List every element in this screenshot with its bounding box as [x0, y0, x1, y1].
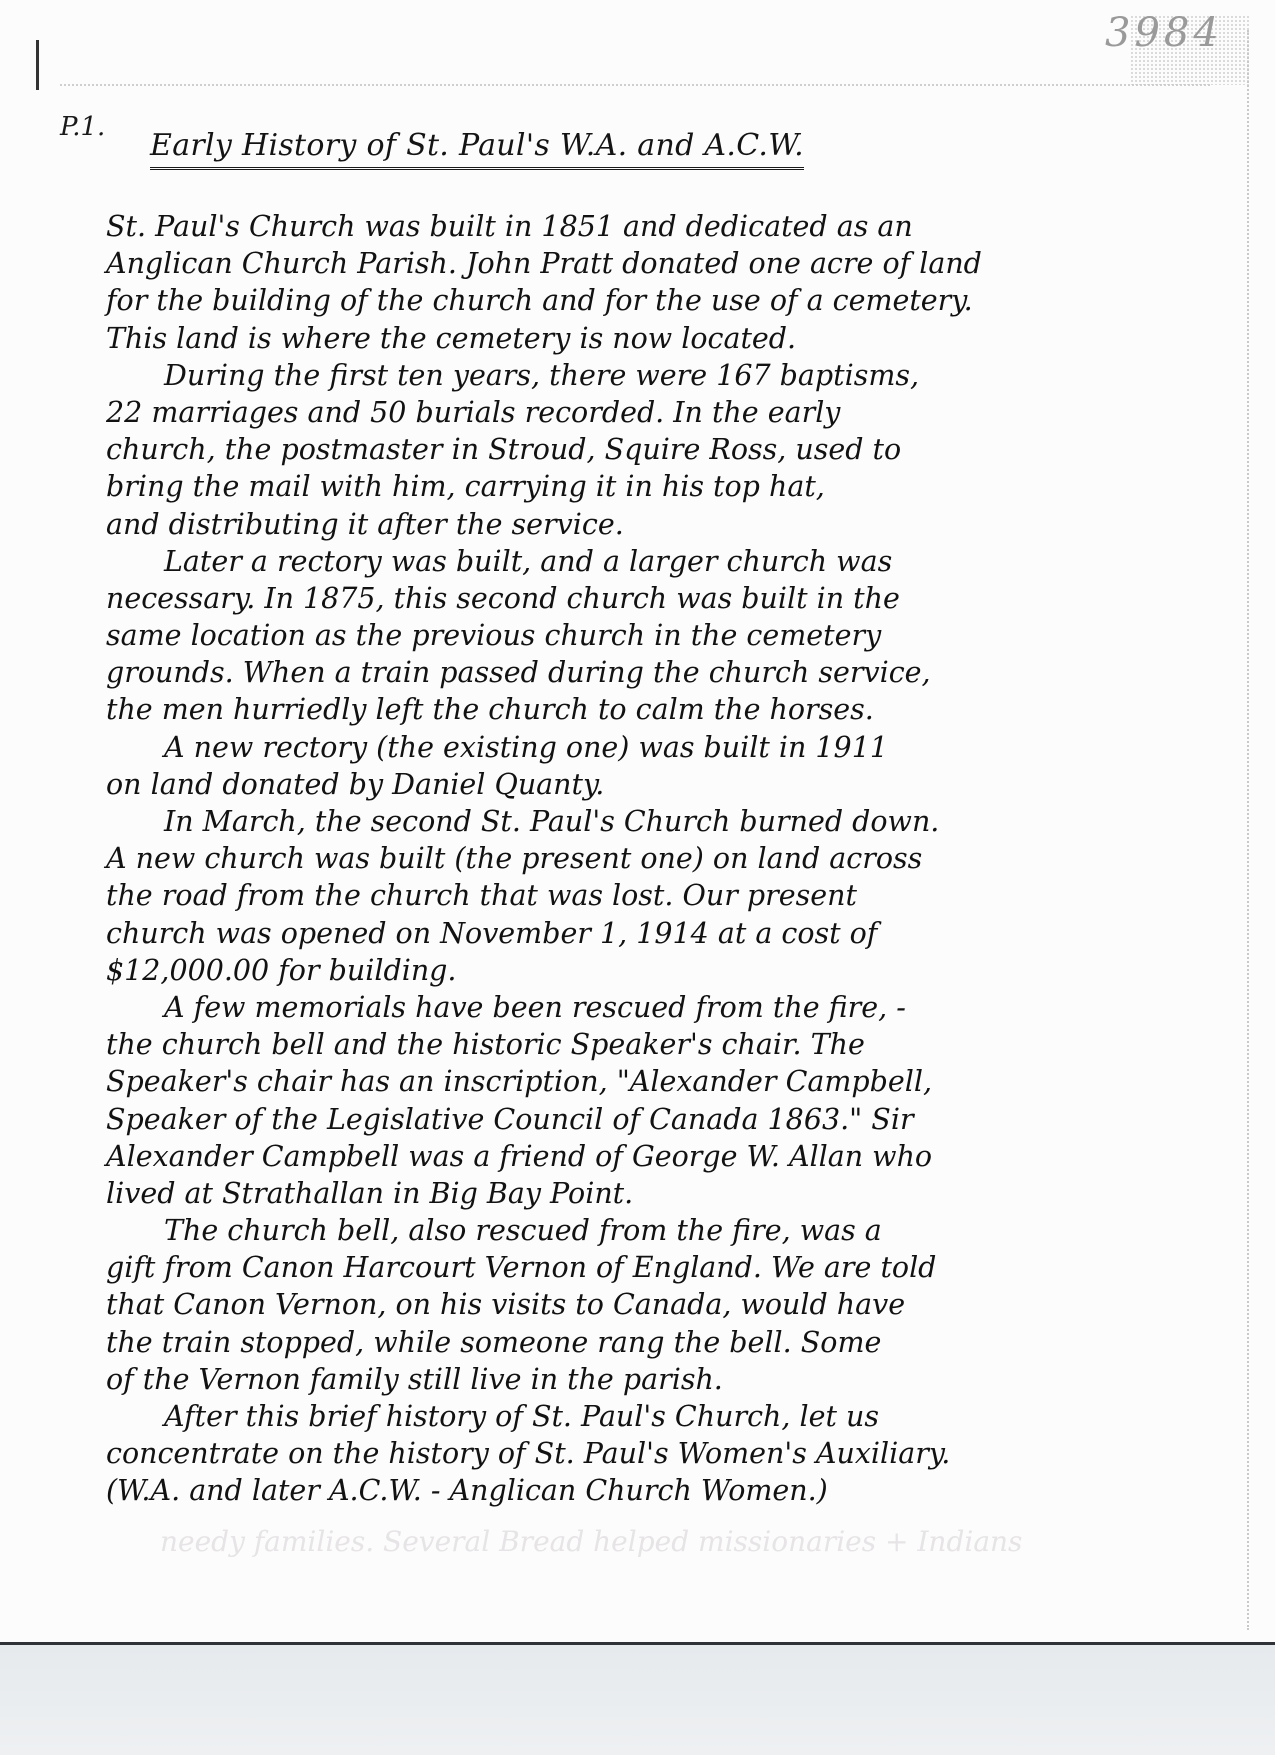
- scan-artifact-line: [60, 62, 1210, 86]
- archive-number: 3984: [1105, 10, 1223, 56]
- text-line: of the Vernon family still live in the p…: [106, 1361, 1216, 1398]
- text-line: grounds. When a train passed during the …: [106, 654, 1216, 691]
- text-line: necessary. In 1875, this second church w…: [106, 580, 1216, 617]
- text-line: the church bell and the historic Speaker…: [106, 1026, 1216, 1063]
- page-edge: [1247, 30, 1251, 1630]
- document-body: St. Paul's Church was built in 1851 and …: [106, 208, 1216, 1510]
- text-line: concentrate on the history of St. Paul's…: [106, 1435, 1216, 1472]
- text-line: church, the postmaster in Stroud, Squire…: [106, 431, 1216, 468]
- text-line: lived at Strathallan in Big Bay Point.: [106, 1175, 1216, 1212]
- text-line: the train stopped, while someone rang th…: [106, 1324, 1216, 1361]
- text-line: Later a rectory was built, and a larger …: [106, 543, 1216, 580]
- text-line: This land is where the cemetery is now l…: [106, 320, 1216, 357]
- text-line: that Canon Vernon, on his visits to Cana…: [106, 1286, 1216, 1323]
- text-line: The church bell, also rescued from the f…: [106, 1212, 1216, 1249]
- text-line: A new rectory (the existing one) was bui…: [106, 729, 1216, 766]
- text-line: Alexander Campbell was a friend of Georg…: [106, 1138, 1216, 1175]
- text-line: church was opened on November 1, 1914 at…: [106, 915, 1216, 952]
- text-line: for the building of the church and for t…: [106, 282, 1216, 319]
- text-line: bring the mail with him, carrying it in …: [106, 468, 1216, 505]
- text-line: (W.A. and later A.C.W. - Anglican Church…: [106, 1472, 1216, 1509]
- text-line: During the first ten years, there were 1…: [106, 357, 1216, 394]
- text-line: the road from the church that was lost. …: [106, 877, 1216, 914]
- bleed-through-text: needy families. Several Bread helped mis…: [160, 1525, 1022, 1558]
- handwritten-page: 3984 P.1. Early History of St. Paul's W.…: [0, 0, 1275, 1645]
- page-label: P.1.: [60, 112, 105, 142]
- scanner-bed: [0, 1645, 1275, 1755]
- document-title: Early History of St. Paul's W.A. and A.C…: [150, 128, 804, 170]
- text-line: In March, the second St. Paul's Church b…: [106, 803, 1216, 840]
- text-line: gift from Canon Harcourt Vernon of Engla…: [106, 1249, 1216, 1286]
- text-line: on land donated by Daniel Quanty.: [106, 766, 1216, 803]
- text-line: St. Paul's Church was built in 1851 and …: [106, 208, 1216, 245]
- text-line: Anglican Church Parish. John Pratt donat…: [106, 245, 1216, 282]
- text-line: and distributing it after the service.: [106, 506, 1216, 543]
- text-line: A few memorials have been rescued from t…: [106, 989, 1216, 1026]
- text-line: the men hurriedly left the church to cal…: [106, 691, 1216, 728]
- text-line: Speaker's chair has an inscription, "Ale…: [106, 1063, 1216, 1100]
- text-line: A new church was built (the present one)…: [106, 840, 1216, 877]
- binder-mark: [36, 40, 39, 90]
- text-line: 22 marriages and 50 burials recorded. In…: [106, 394, 1216, 431]
- text-line: After this brief history of St. Paul's C…: [106, 1398, 1216, 1435]
- text-line: $12,000.00 for building.: [106, 952, 1216, 989]
- text-line: same location as the previous church in …: [106, 617, 1216, 654]
- text-line: Speaker of the Legislative Council of Ca…: [106, 1101, 1216, 1138]
